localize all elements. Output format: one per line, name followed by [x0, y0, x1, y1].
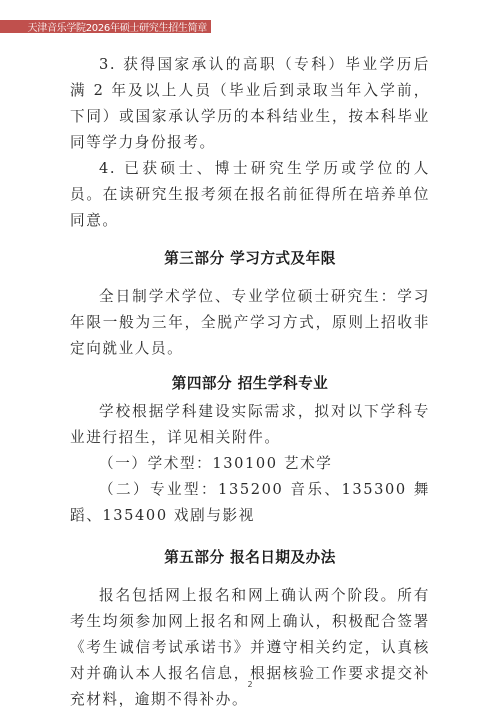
page-number: 2	[0, 680, 500, 689]
document-body: 3. 获得国家承认的高职（专科）毕业学历后满 2 年及以上人员（毕业后到录取当年…	[70, 52, 430, 707]
part4-academic-type: （一）学术型：130100 艺术学	[70, 451, 430, 477]
part4-body: 学校根据学科建设实际需求，拟对以下学科专业进行招生，详见相关附件。	[70, 399, 430, 451]
part4-professional-type: （二）专业型：135200 音乐、135300 舞蹈、135400 戏剧与影视	[70, 477, 430, 529]
section-heading-part5: 第五部分 报名日期及办法	[70, 545, 430, 571]
section-heading-part4: 第四部分 招生学科专业	[70, 371, 430, 397]
eligibility-item-4: 4. 已获硕士、博士研究生学历或学位的人员。在读研究生报考须在报名前征得所在培养…	[70, 156, 430, 234]
document-header-title: 天津音乐学院2026年硕士研究生招生简章	[28, 19, 207, 34]
part3-body: 全日制学术学位、专业学位硕士研究生：学习年限一般为三年，全脱产学习方式，原则上招…	[70, 284, 430, 362]
document-header-band: 天津音乐学院2026年硕士研究生招生简章	[0, 20, 211, 33]
eligibility-item-3: 3. 获得国家承认的高职（专科）毕业学历后满 2 年及以上人员（毕业后到录取当年…	[70, 52, 430, 156]
section-heading-part3: 第三部分 学习方式及年限	[70, 246, 430, 272]
